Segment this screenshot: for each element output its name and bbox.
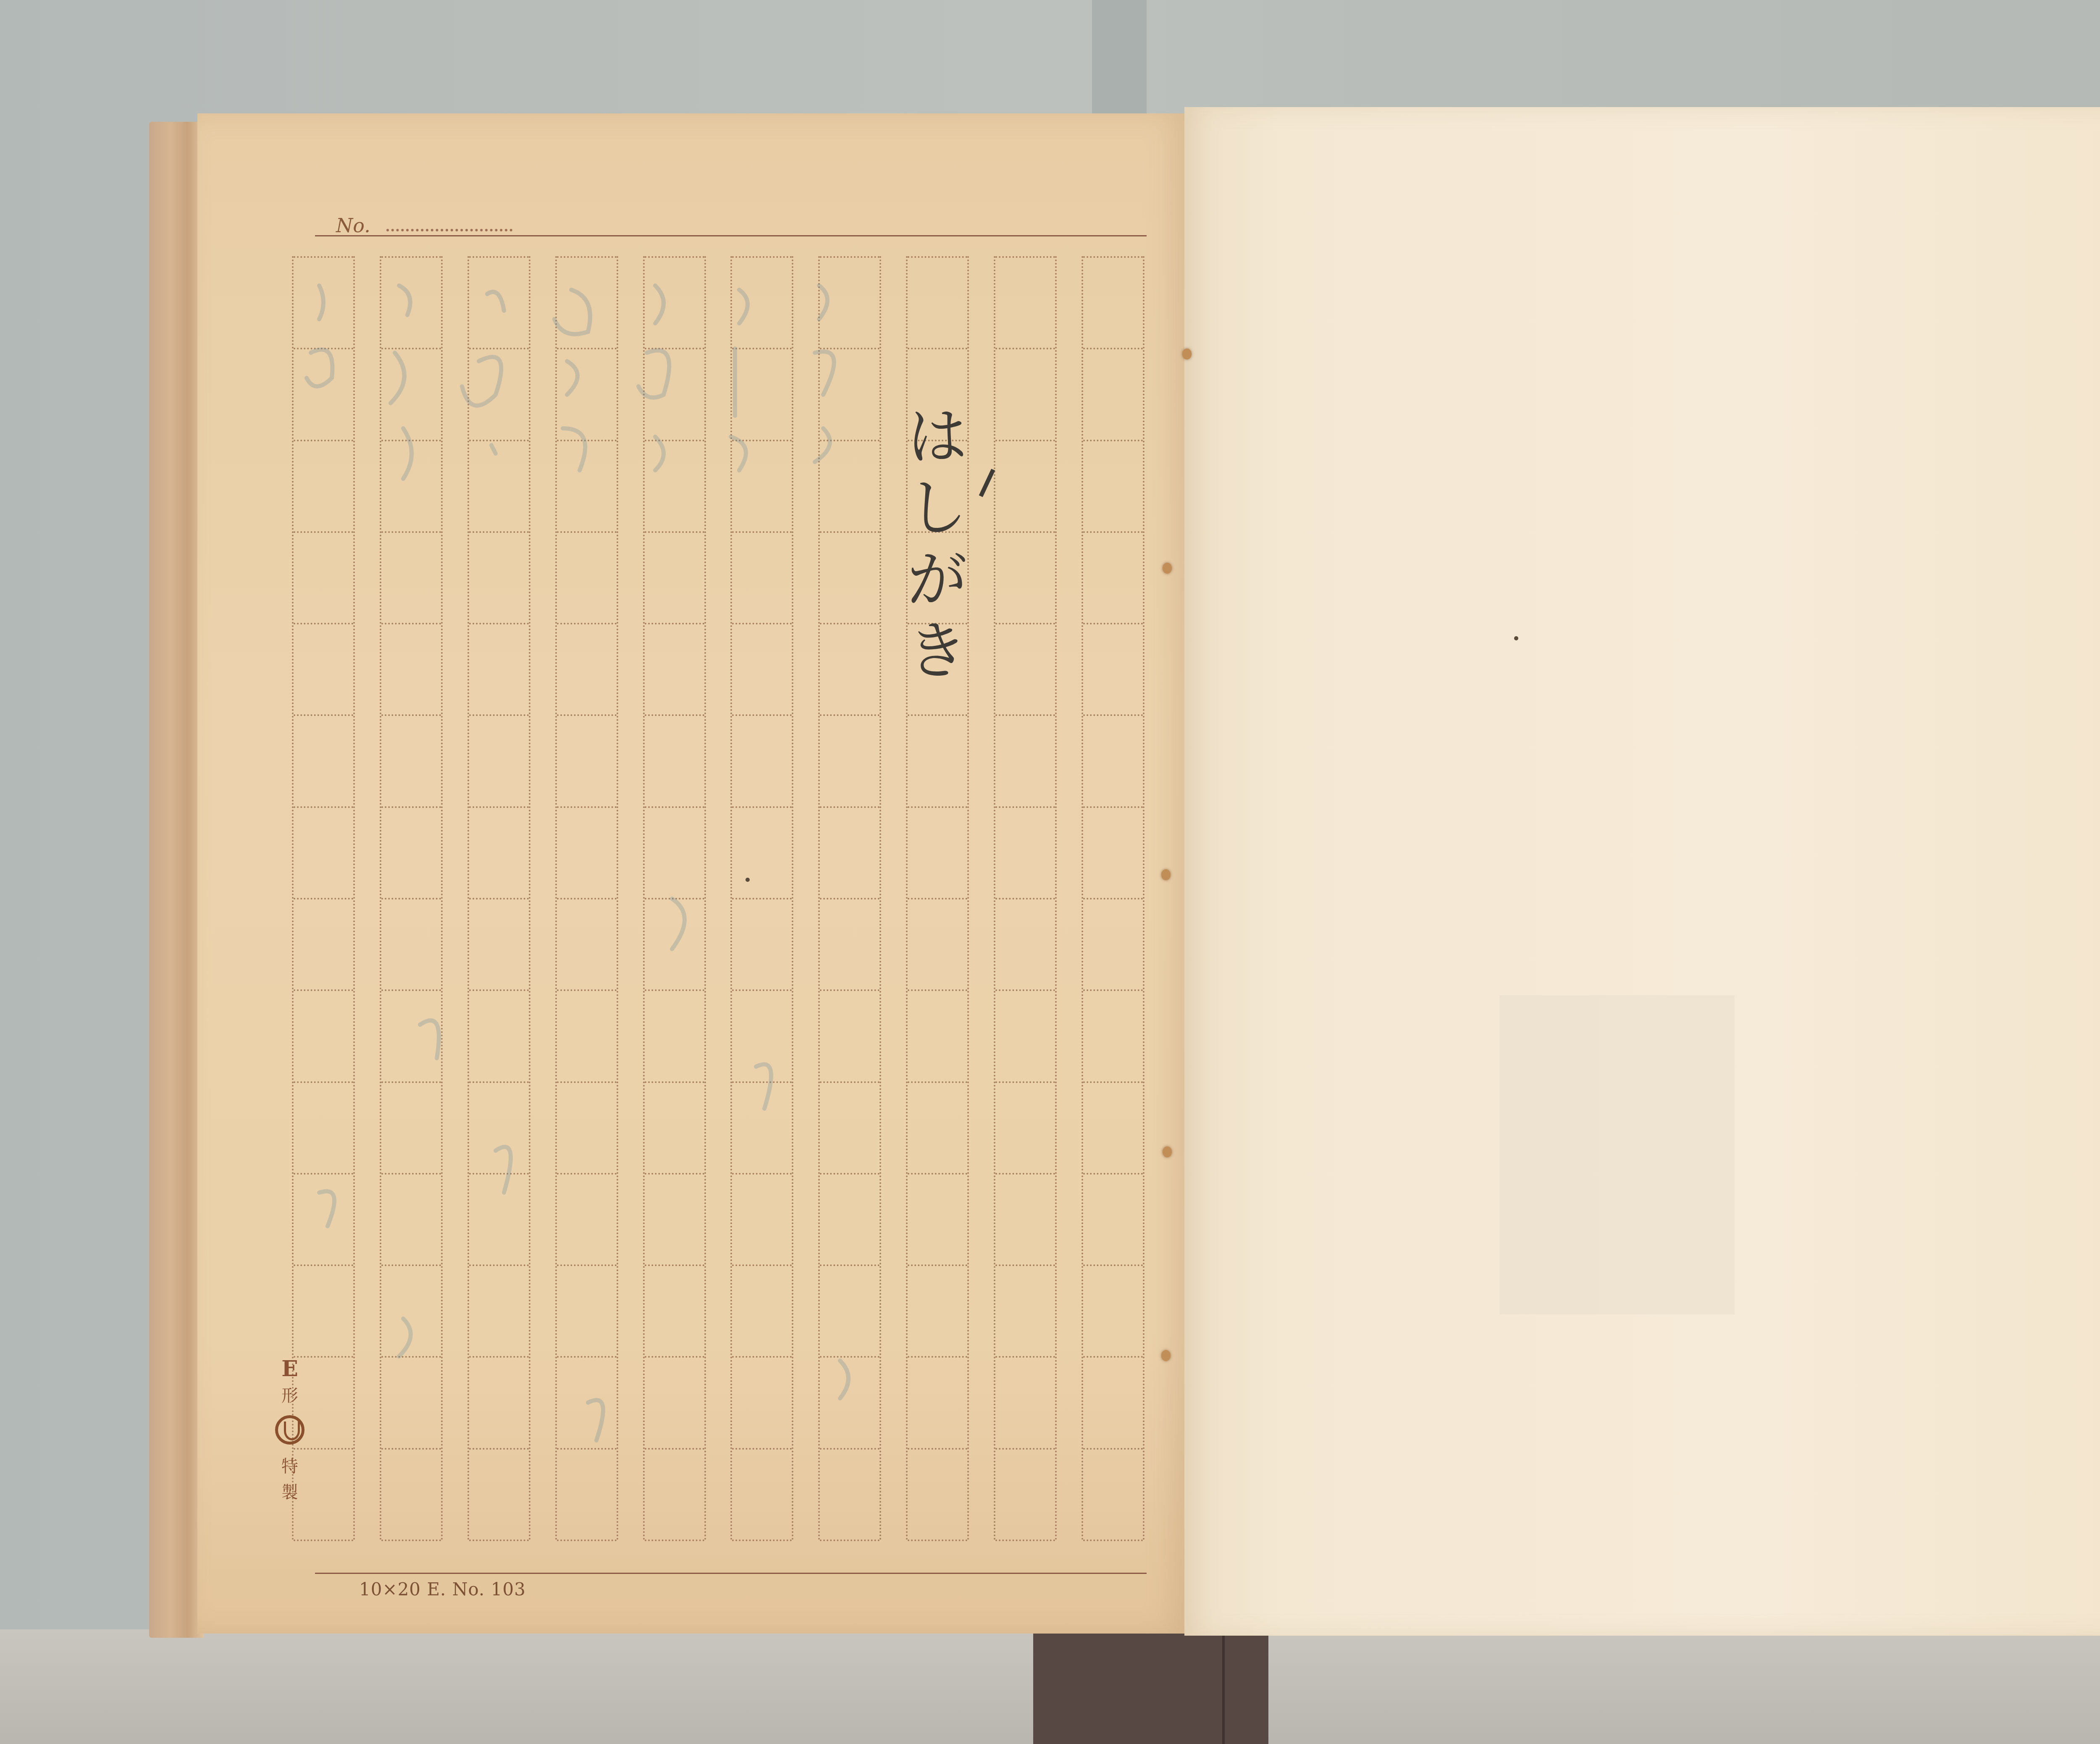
grid-cell bbox=[557, 989, 617, 1081]
grid-cell bbox=[820, 898, 879, 989]
grid-cell bbox=[820, 1081, 879, 1173]
side-mark-kanji-3: 製 bbox=[281, 1481, 298, 1504]
grid-cell bbox=[820, 440, 879, 531]
grid-cell bbox=[645, 806, 704, 898]
grid-cell bbox=[732, 898, 792, 989]
grid-cell bbox=[1083, 989, 1143, 1081]
grid-cell bbox=[469, 440, 529, 531]
side-mark-kanji-2: 特 bbox=[281, 1455, 298, 1478]
grid-cell bbox=[995, 1173, 1055, 1264]
grid-cell bbox=[732, 806, 792, 898]
grid-cell bbox=[732, 1356, 792, 1448]
grid-cell bbox=[469, 806, 529, 898]
grid-cell bbox=[908, 256, 967, 348]
footer-rule bbox=[315, 1573, 1147, 1574]
grid-cell bbox=[908, 1448, 967, 1541]
grid-cell bbox=[1083, 256, 1143, 348]
grid-cell bbox=[732, 1448, 792, 1541]
grid-cell bbox=[995, 714, 1055, 806]
background-strip bbox=[1092, 0, 1147, 118]
grid-cell bbox=[294, 1264, 353, 1356]
grid-cell bbox=[469, 1448, 529, 1541]
handwritten-title: はしがき bbox=[886, 403, 977, 689]
grid-cell bbox=[381, 531, 441, 623]
grid-cell bbox=[908, 989, 967, 1081]
grid-cell bbox=[732, 256, 792, 348]
binding-hole bbox=[1161, 1350, 1171, 1361]
binding-hole bbox=[1163, 1146, 1172, 1157]
grid-cell bbox=[381, 1173, 441, 1264]
number-field-line bbox=[386, 229, 512, 231]
grid-cell bbox=[645, 1081, 704, 1173]
grid-cell bbox=[820, 714, 879, 806]
binding-underside-seam bbox=[1222, 1629, 1225, 1744]
grid-cell bbox=[995, 440, 1055, 531]
grid-cell bbox=[294, 531, 353, 623]
grid-cell bbox=[995, 531, 1055, 623]
grid-cell bbox=[732, 714, 792, 806]
grid-cell bbox=[557, 1264, 617, 1356]
grid-cell bbox=[820, 1356, 879, 1448]
grid-cell bbox=[645, 623, 704, 714]
grid-cell bbox=[294, 989, 353, 1081]
grid-cell bbox=[995, 348, 1055, 439]
grid-cell bbox=[294, 806, 353, 898]
grid-cell bbox=[557, 623, 617, 714]
grid-cell bbox=[381, 898, 441, 989]
grid-cell bbox=[820, 623, 879, 714]
page-block-edge bbox=[149, 122, 204, 1638]
right-page bbox=[1184, 107, 2100, 1636]
grid-cell bbox=[557, 1448, 617, 1541]
grid-cell bbox=[469, 989, 529, 1081]
grid-cell bbox=[908, 714, 967, 806]
grid-column bbox=[1081, 256, 1144, 1541]
grid-column bbox=[643, 256, 706, 1541]
grid-cell bbox=[294, 440, 353, 531]
grid-cell bbox=[732, 348, 792, 439]
grid-cell bbox=[732, 1264, 792, 1356]
grid-cell bbox=[557, 1173, 617, 1264]
grid-cell bbox=[1083, 440, 1143, 531]
grid-cell bbox=[557, 1081, 617, 1173]
grid-cell bbox=[645, 348, 704, 439]
grid-cell bbox=[557, 256, 617, 348]
grid-cell bbox=[469, 1173, 529, 1264]
grid-cell bbox=[820, 1173, 879, 1264]
grid-cell bbox=[820, 256, 879, 348]
grid-cell bbox=[557, 440, 617, 531]
grid-cell bbox=[294, 348, 353, 439]
grid-cell bbox=[645, 531, 704, 623]
grid-cell bbox=[381, 440, 441, 531]
grid-cell bbox=[1083, 806, 1143, 898]
grid-cell bbox=[820, 1264, 879, 1356]
header-rule bbox=[315, 235, 1147, 236]
grid-cell bbox=[294, 714, 353, 806]
grid-cell bbox=[381, 714, 441, 806]
manufacturer-side-mark: E 形 特 製 bbox=[275, 1356, 304, 1504]
crest-icon bbox=[275, 1415, 304, 1445]
grid-column bbox=[380, 256, 443, 1541]
grid-cell bbox=[469, 898, 529, 989]
side-mark-letter: E bbox=[281, 1356, 298, 1382]
grid-cell bbox=[469, 1356, 529, 1448]
grid-cell bbox=[557, 898, 617, 989]
grid-cell bbox=[732, 623, 792, 714]
show-through-shadow bbox=[1499, 995, 1735, 1314]
grid-cell bbox=[294, 256, 353, 348]
grid-cell bbox=[995, 898, 1055, 989]
grid-cell bbox=[1083, 1081, 1143, 1173]
grid-cell bbox=[381, 348, 441, 439]
grid-cell bbox=[381, 1356, 441, 1448]
grid-cell bbox=[908, 1264, 967, 1356]
ink-speck bbox=[1514, 636, 1518, 640]
grid-cell bbox=[908, 806, 967, 898]
grid-cell bbox=[820, 531, 879, 623]
grid-cell bbox=[1083, 623, 1143, 714]
grid-cell bbox=[995, 256, 1055, 348]
binding-hole bbox=[1163, 563, 1172, 574]
grid-cell bbox=[820, 806, 879, 898]
grid-cell bbox=[820, 1448, 879, 1541]
grid-cell bbox=[1083, 898, 1143, 989]
grid-cell bbox=[732, 1081, 792, 1173]
grid-cell bbox=[381, 989, 441, 1081]
grid-column bbox=[730, 256, 793, 1541]
grid-cell bbox=[995, 623, 1055, 714]
grid-cell bbox=[381, 1081, 441, 1173]
grid-cell bbox=[469, 714, 529, 806]
grid-cell bbox=[381, 256, 441, 348]
grid-column bbox=[467, 256, 530, 1541]
grid-cell bbox=[469, 623, 529, 714]
grid-cell bbox=[995, 989, 1055, 1081]
grid-cell bbox=[908, 1173, 967, 1264]
grid-cell bbox=[381, 1264, 441, 1356]
grid-cell bbox=[908, 1356, 967, 1448]
grid-cell bbox=[995, 1448, 1055, 1541]
grid-column bbox=[292, 256, 355, 1541]
grid-cell bbox=[294, 623, 353, 714]
grid-cell bbox=[645, 440, 704, 531]
binding-hole bbox=[1182, 349, 1192, 359]
grid-cell bbox=[1083, 1264, 1143, 1356]
grid-cell bbox=[732, 531, 792, 623]
grid-cell bbox=[820, 989, 879, 1081]
grid-cell bbox=[1083, 714, 1143, 806]
grid-cell bbox=[557, 806, 617, 898]
grid-cell bbox=[732, 989, 792, 1081]
footer-catalog-text: 10×20 E. No. 103 bbox=[359, 1579, 526, 1600]
grid-cell bbox=[645, 1448, 704, 1541]
grid-cell bbox=[995, 1356, 1055, 1448]
grid-cell bbox=[908, 898, 967, 989]
grid-cell bbox=[645, 1264, 704, 1356]
grid-cell bbox=[294, 1173, 353, 1264]
grid-column bbox=[555, 256, 618, 1541]
grid-cell bbox=[1083, 348, 1143, 439]
grid-cell bbox=[1083, 531, 1143, 623]
grid-cell bbox=[294, 1081, 353, 1173]
grid-cell bbox=[381, 1448, 441, 1541]
grid-cell bbox=[645, 1356, 704, 1448]
grid-column bbox=[994, 256, 1057, 1541]
grid-cell bbox=[645, 714, 704, 806]
grid-cell bbox=[557, 348, 617, 439]
grid-cell bbox=[1083, 1173, 1143, 1264]
grid-cell bbox=[645, 1173, 704, 1264]
grid-cell bbox=[1083, 1448, 1143, 1541]
manuscript-grid bbox=[292, 256, 1144, 1541]
grid-cell bbox=[732, 1173, 792, 1264]
grid-cell bbox=[995, 806, 1055, 898]
grid-cell bbox=[645, 898, 704, 989]
binding-underside bbox=[1033, 1629, 1268, 1744]
grid-cell bbox=[732, 440, 792, 531]
grid-cell bbox=[557, 714, 617, 806]
grid-cell bbox=[820, 348, 879, 439]
grid-cell bbox=[1083, 1356, 1143, 1448]
grid-cell bbox=[469, 1081, 529, 1173]
grid-cell bbox=[908, 1081, 967, 1173]
grid-cell bbox=[645, 256, 704, 348]
grid-cell bbox=[381, 806, 441, 898]
grid-cell bbox=[645, 989, 704, 1081]
grid-cell bbox=[381, 623, 441, 714]
grid-cell bbox=[469, 256, 529, 348]
ink-speck bbox=[745, 878, 750, 882]
binding-hole bbox=[1161, 869, 1171, 880]
side-mark-kanji-1: 形 bbox=[281, 1384, 298, 1408]
grid-cell bbox=[995, 1264, 1055, 1356]
grid-cell bbox=[557, 1356, 617, 1448]
grid-cell bbox=[469, 531, 529, 623]
grid-cell bbox=[469, 1264, 529, 1356]
grid-cell bbox=[995, 1081, 1055, 1173]
number-label: No. bbox=[336, 214, 370, 237]
grid-cell bbox=[557, 531, 617, 623]
grid-cell bbox=[469, 348, 529, 439]
grid-column bbox=[818, 256, 881, 1541]
grid-cell bbox=[294, 898, 353, 989]
